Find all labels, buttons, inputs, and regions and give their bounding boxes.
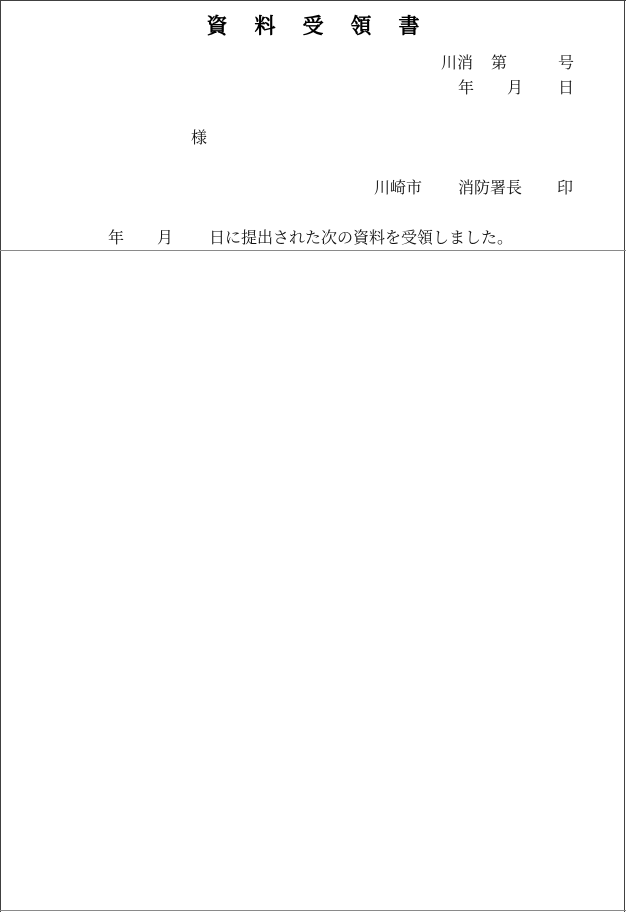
page-border-right bbox=[624, 0, 625, 912]
document-page: 資料受領書 川消 第 号 年 月 日 様 川崎市 消防署長 印 年 月 日に提出… bbox=[0, 0, 626, 913]
statement-year: 年 bbox=[108, 229, 124, 247]
page-border-top bbox=[0, 0, 626, 1]
document-title: 資料受領書 bbox=[0, 14, 626, 38]
addressee-honorific: 様 bbox=[191, 129, 207, 147]
issue-date-month: 月 bbox=[507, 79, 523, 97]
issue-date-year: 年 bbox=[458, 79, 474, 97]
title-char: 受 bbox=[289, 14, 337, 38]
issuer-position: 消防署長 bbox=[458, 179, 522, 197]
issuer-city: 川崎市 bbox=[374, 179, 422, 197]
title-char: 料 bbox=[241, 14, 289, 38]
reference-go: 号 bbox=[558, 54, 574, 72]
statement-month: 月 bbox=[157, 229, 173, 247]
statement-text: 日に提出された次の資料を受領しました。 bbox=[209, 229, 513, 247]
title-char: 領 bbox=[337, 14, 385, 38]
issuer-seal: 印 bbox=[557, 179, 573, 197]
title-char: 資 bbox=[193, 14, 241, 38]
issue-date-day: 日 bbox=[558, 79, 574, 97]
page-border-bottom bbox=[0, 910, 626, 911]
reference-prefix: 川消 bbox=[441, 54, 473, 72]
title-char: 書 bbox=[385, 14, 433, 38]
reference-dai: 第 bbox=[491, 54, 507, 72]
materials-list-area bbox=[1, 251, 624, 910]
